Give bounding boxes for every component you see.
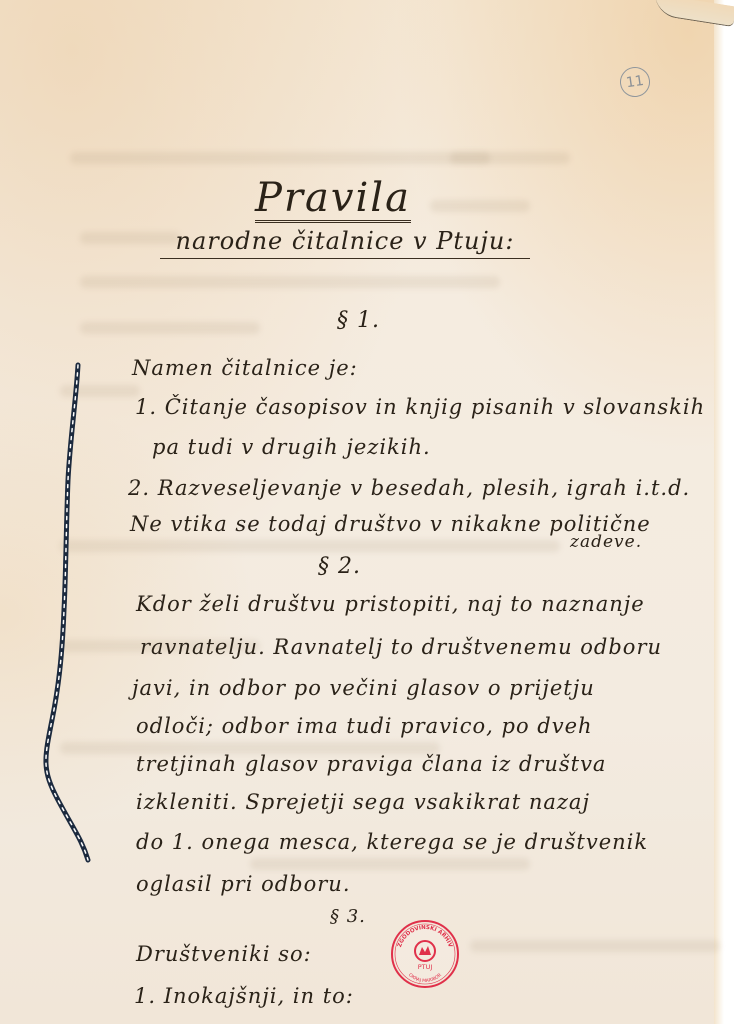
bleed-through (470, 940, 720, 952)
bleed-through (250, 858, 530, 870)
text-line: 1. Čitanje časopisov in knjig pisanih v … (135, 395, 705, 419)
text-line: Društveniki so: (136, 942, 312, 966)
page-edge (714, 0, 724, 1024)
text-line: zadeve. (570, 532, 642, 552)
text-line: Kdor želi društvu pristopiti, naj to naz… (136, 592, 645, 616)
text-line: 1. Inokajšnji, in to: (134, 984, 354, 1008)
text-line: izkleniti. Sprejetji sega vsakikrat naza… (136, 790, 590, 814)
text-line: Namen čitalnice je: (132, 356, 358, 380)
torn-corner (655, 0, 734, 27)
svg-text:PTUJ: PTUJ (418, 963, 433, 971)
archive-stamp: PTUJ ZGODOVINSKI ARHIV OKRAJ MARIBOR (390, 919, 460, 989)
bleed-through (80, 276, 500, 288)
document-title: Pravila (255, 176, 411, 223)
text-line: odloči; odbor ima tudi pravico, po dveh (136, 714, 593, 738)
binding-cord (30, 360, 100, 870)
text-line: oglasil pri odboru. (136, 872, 351, 896)
text-line: javi, in odbor po večini glasov o prijet… (132, 676, 595, 700)
section-heading: § 1. (337, 308, 380, 333)
text-line: tretjinah glasov praviga člana iz društv… (136, 752, 606, 776)
text-line: ravnatelju. Ravnatelj to društvenemu odb… (140, 635, 662, 659)
bleed-through (70, 152, 490, 164)
bleed-through (80, 322, 260, 334)
text-line: 2. Razveseljevanje v besedah, plesih, ig… (128, 476, 690, 500)
folio-number: 11 (618, 65, 652, 99)
text-line: pa tudi v drugih jezikih. (152, 435, 431, 459)
manuscript-page: 11 Pravila narodne čitalnice v Ptuju: § … (0, 0, 724, 1024)
document-subtitle: narodne čitalnice v Ptuju: (160, 224, 530, 259)
section-heading: § 2. (318, 554, 361, 579)
text-line: do 1. onega mesca, kterega se je društve… (136, 830, 648, 854)
bleed-through (450, 152, 570, 164)
bleed-through (60, 540, 560, 552)
section-heading: § 3. (330, 906, 366, 927)
bleed-through (430, 200, 530, 212)
